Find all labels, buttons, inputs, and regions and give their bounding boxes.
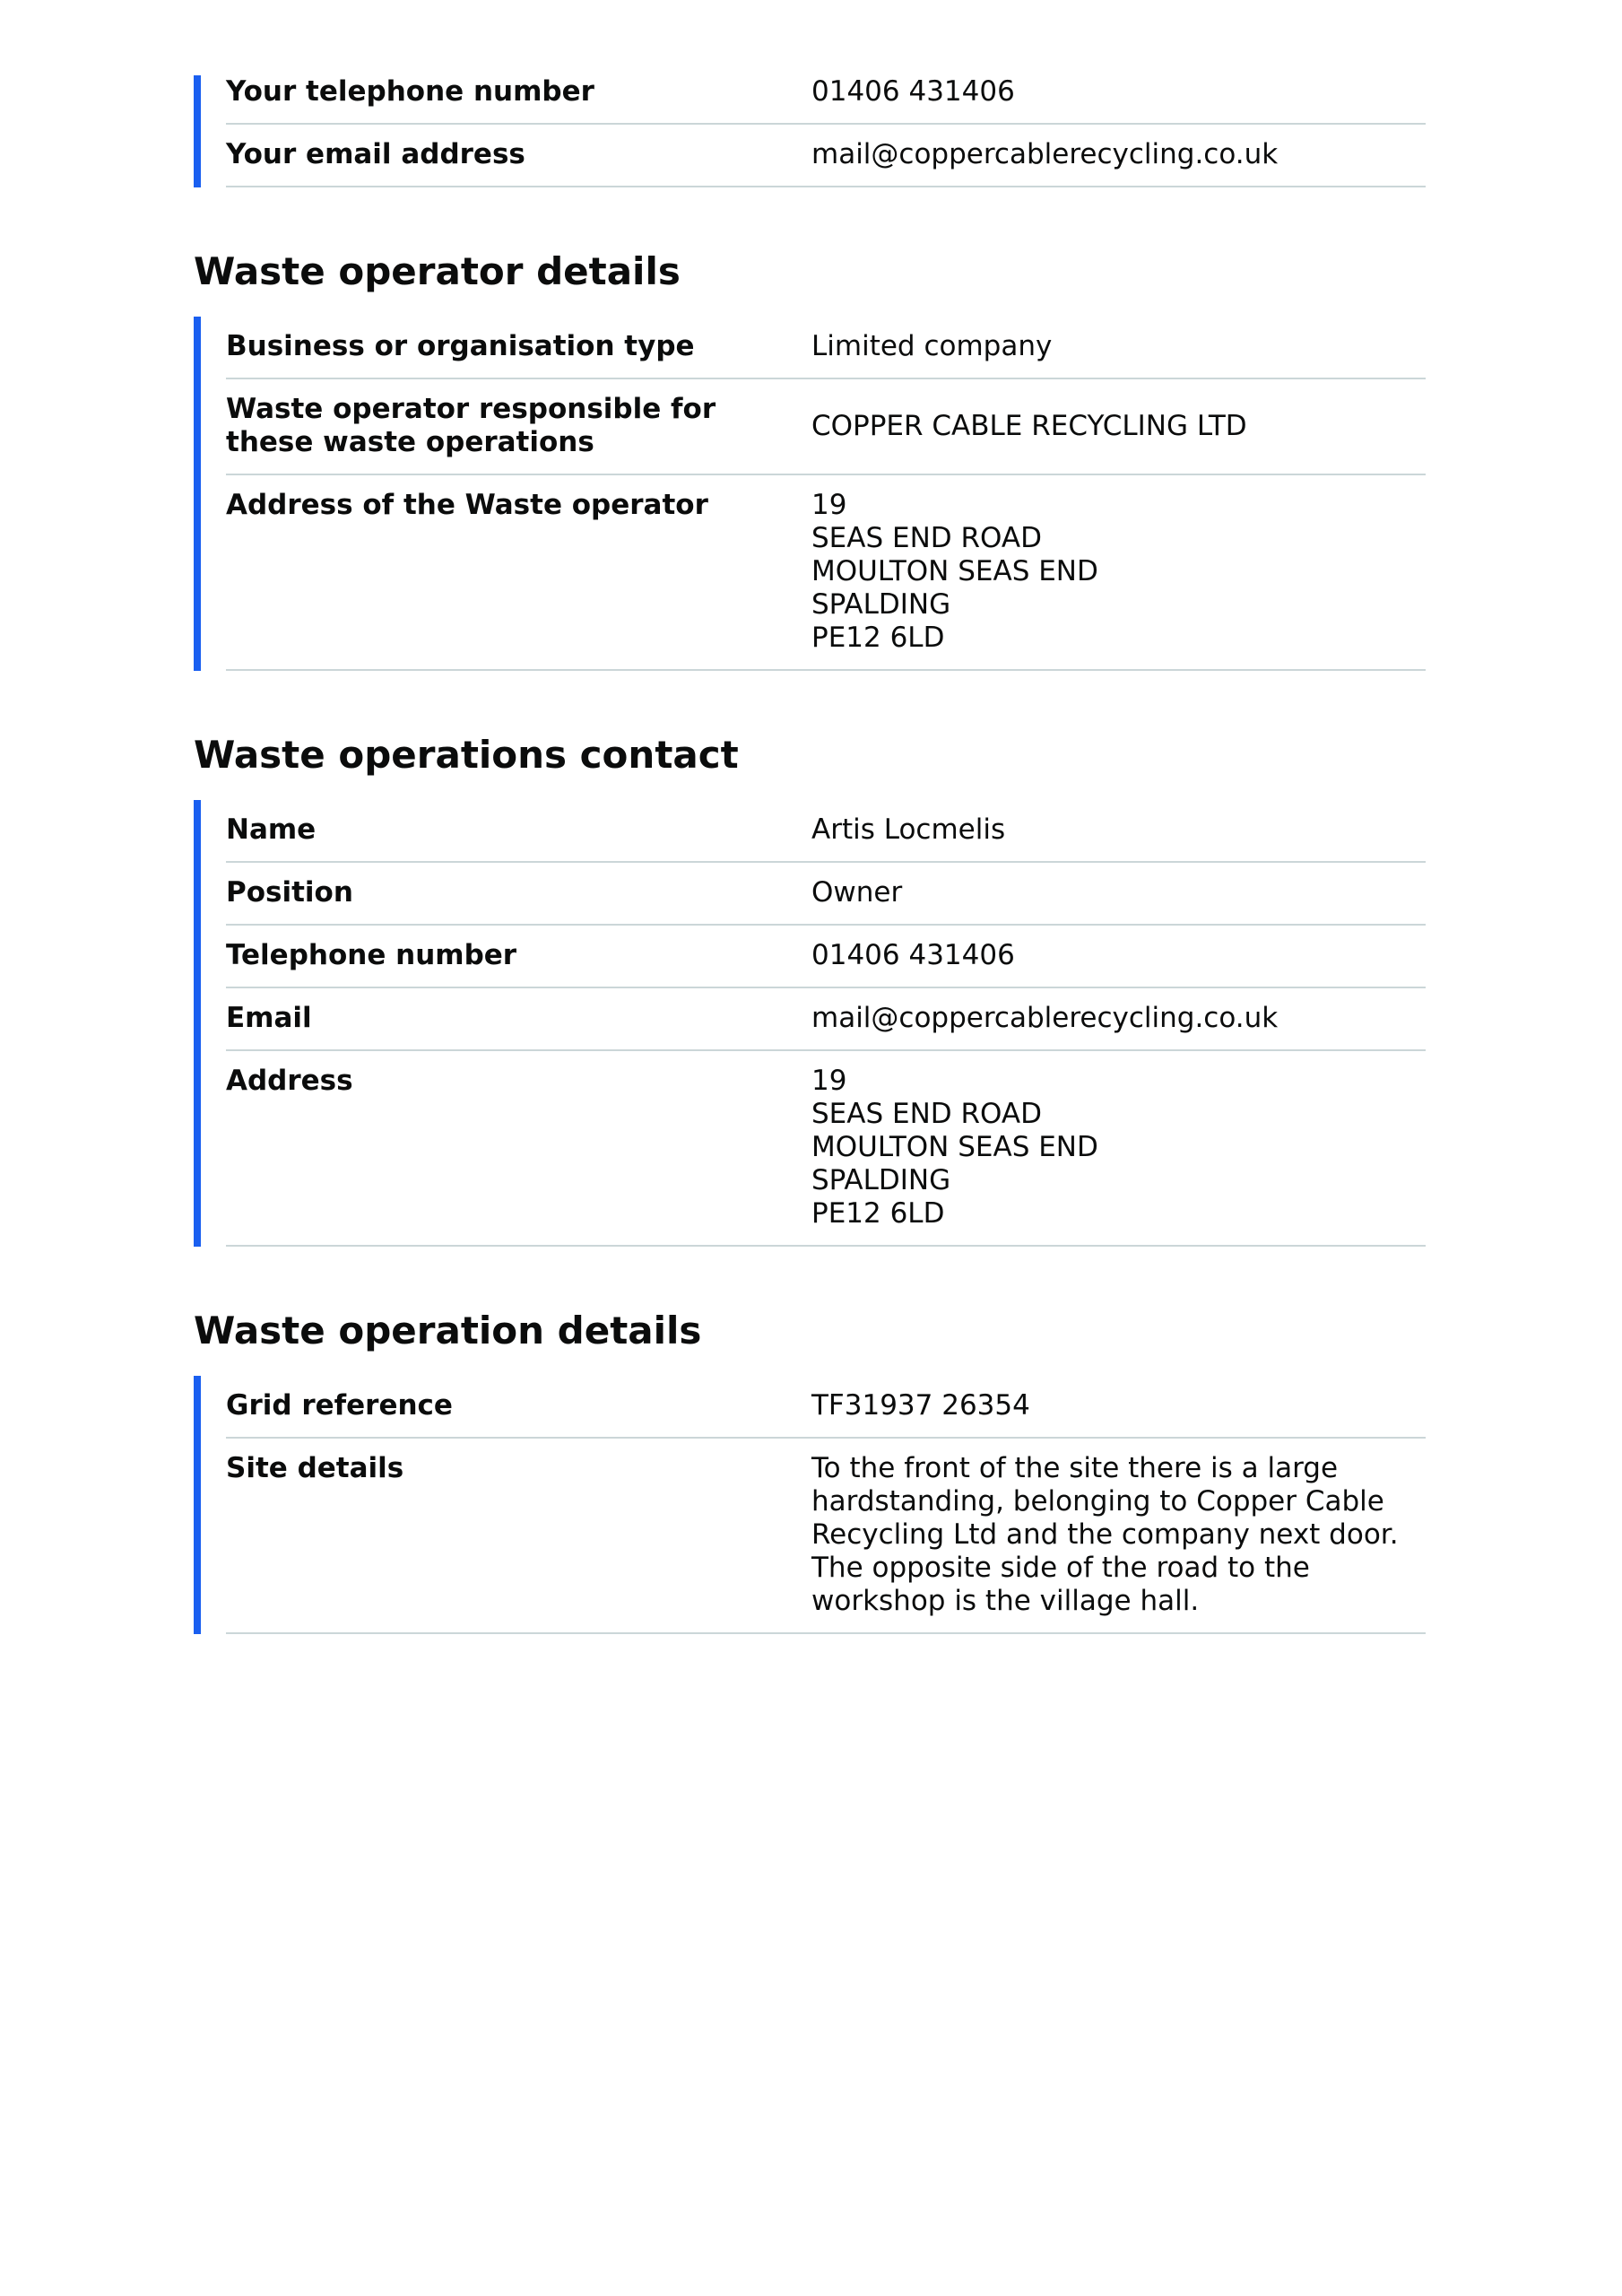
- row-label: Name: [226, 813, 811, 847]
- section-heading-waste-operation-details: Waste operation details: [194, 1309, 1426, 1353]
- section-heading-waste-operator-details: Waste operator details: [194, 249, 1426, 294]
- row-value: TF31937 26354: [811, 1389, 1426, 1422]
- summary-row: Position Owner: [226, 863, 1426, 926]
- row-label: Telephone number: [226, 939, 811, 972]
- summary-row: Business or organisation type Limited co…: [226, 317, 1426, 379]
- section-accent-bar: [194, 75, 201, 187]
- row-value: 01406 431406: [811, 939, 1426, 972]
- waste-operation-details-summary: Grid reference TF31937 26354 Site detail…: [194, 1376, 1426, 1634]
- row-label: Site details: [226, 1452, 811, 1618]
- row-value: Artis Locmelis: [811, 813, 1426, 847]
- row-label: Business or organisation type: [226, 330, 811, 363]
- row-label: Your email address: [226, 138, 811, 171]
- row-label: Address: [226, 1065, 811, 1231]
- row-label: Your telephone number: [226, 75, 811, 109]
- section-accent-bar: [194, 800, 201, 1247]
- summary-row: Your telephone number 01406 431406: [226, 75, 1426, 125]
- row-value: mail@coppercablerecycling.co.uk: [811, 138, 1426, 171]
- row-value-address: 19 SEAS END ROAD MOULTON SEAS END SPALDI…: [811, 489, 1426, 655]
- row-label: Waste operator responsible for these was…: [226, 393, 811, 459]
- summary-row: Email mail@coppercablerecycling.co.uk: [226, 988, 1426, 1051]
- row-label: Email: [226, 1002, 811, 1035]
- row-value-address: 19 SEAS END ROAD MOULTON SEAS END SPALDI…: [811, 1065, 1426, 1231]
- row-value: mail@coppercablerecycling.co.uk: [811, 1002, 1426, 1035]
- summary-row: Your email address mail@coppercablerecyc…: [226, 125, 1426, 187]
- summary-row: Site details To the front of the site th…: [226, 1439, 1426, 1634]
- row-value: Owner: [811, 876, 1426, 909]
- summary-row: Name Artis Locmelis: [226, 800, 1426, 863]
- summary-row: Telephone number 01406 431406: [226, 926, 1426, 988]
- section-heading-waste-operations-contact: Waste operations contact: [194, 733, 1426, 778]
- row-value: Limited company: [811, 330, 1426, 363]
- section-accent-bar: [194, 1376, 201, 1634]
- summary-row: Address of the Waste operator 19 SEAS EN…: [226, 475, 1426, 671]
- row-value-site-details: To the front of the site there is a larg…: [811, 1452, 1426, 1618]
- waste-operations-contact-summary: Name Artis Locmelis Position Owner Telep…: [194, 800, 1426, 1247]
- row-value: COPPER CABLE RECYCLING LTD: [811, 410, 1426, 443]
- document-page: Your telephone number 01406 431406 Your …: [194, 75, 1426, 1634]
- row-label: Position: [226, 876, 811, 909]
- waste-operator-summary: Business or organisation type Limited co…: [194, 317, 1426, 671]
- section-accent-bar: [194, 317, 201, 671]
- row-value: 01406 431406: [811, 75, 1426, 109]
- applicant-contact-summary: Your telephone number 01406 431406 Your …: [194, 75, 1426, 187]
- summary-row: Grid reference TF31937 26354: [226, 1376, 1426, 1439]
- summary-row: Address 19 SEAS END ROAD MOULTON SEAS EN…: [226, 1051, 1426, 1247]
- row-label: Address of the Waste operator: [226, 489, 811, 655]
- row-label: Grid reference: [226, 1389, 811, 1422]
- summary-row: Waste operator responsible for these was…: [226, 379, 1426, 475]
